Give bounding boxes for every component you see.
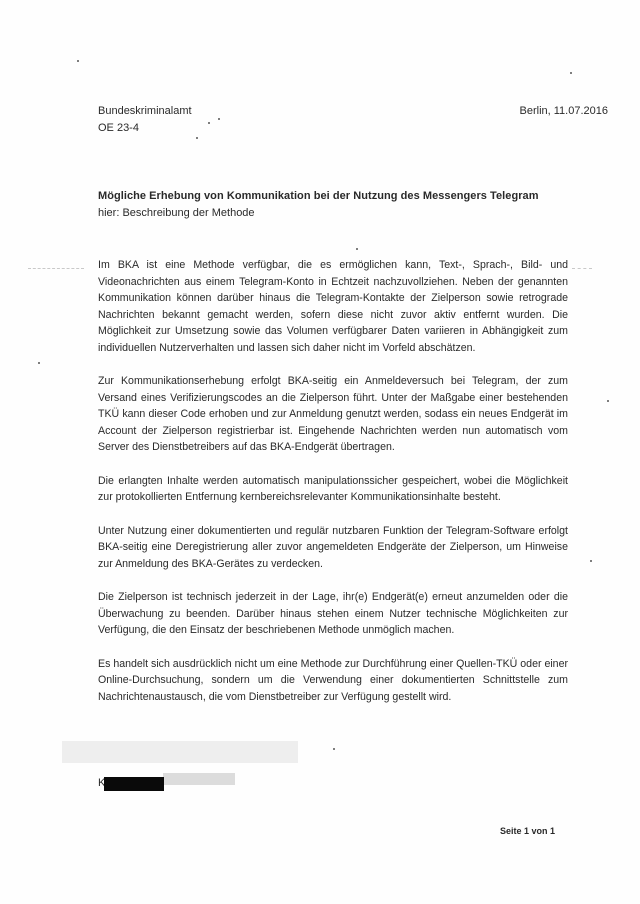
scan-speck [607,400,609,402]
subject-subtitle: hier: Beschreibung der Methode [98,205,255,222]
letter-body: Im BKA ist eine Methode verfügbar, die e… [98,257,568,722]
document-page: Bundeskriminalamt OE 23-4 Berlin, 11.07.… [0,0,640,904]
sender-unit: OE 23-4 [98,120,192,137]
scan-speck [77,60,79,62]
paragraph: Die erlangten Inhalte werden automatisch… [98,473,568,506]
sender-block: Bundeskriminalamt OE 23-4 [98,103,192,137]
scan-speck [590,560,592,562]
scan-artifact-line [572,268,592,269]
scan-speck [333,748,335,750]
scan-speck [570,72,572,74]
place-date: Berlin, 11.07.2016 [520,103,608,120]
paragraph: Zur Kommunikationserhebung erfolgt BKA-s… [98,373,568,456]
scan-speck [218,118,220,120]
scan-speck [196,137,198,139]
scan-speck [38,362,40,364]
subject-title: Mögliche Erhebung von Kommunikation bei … [98,188,539,205]
page-number: Seite 1 von 1 [500,826,555,836]
paragraph: Die Zielperson ist technisch jederzeit i… [98,589,568,639]
redaction-block [163,773,235,785]
paragraph: Es handelt sich ausdrücklich nicht um ei… [98,656,568,706]
redaction-block [62,741,298,763]
scan-speck [208,122,210,124]
scan-artifact-line [28,268,84,269]
scan-speck [356,248,358,250]
paragraph: Im BKA ist eine Methode verfügbar, die e… [98,257,568,356]
signature-redaction [104,777,164,791]
sender-agency: Bundeskriminalamt [98,103,192,120]
paragraph: Unter Nutzung einer dokumentierten und r… [98,523,568,573]
